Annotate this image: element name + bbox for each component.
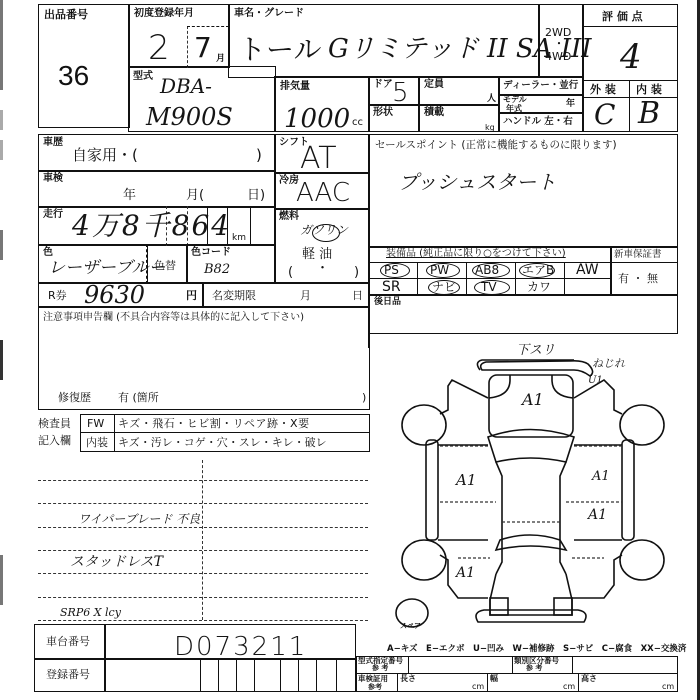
car-name: トール [238,36,321,64]
recycle-unit: 円 [186,290,197,301]
inspector-note: ワイパーブレード 不良 [78,513,200,525]
month-divider [187,26,188,68]
color-code-value: B82 [204,263,230,276]
lot-number-label: 出品番号 [44,9,88,20]
inspector-note: SRP6 X lcy [60,607,121,618]
registration-cell-divider [280,658,281,692]
height-label: 高さ [581,675,597,683]
equipment-ab8-circle [472,263,510,278]
mileage-label: 走行 [43,210,63,220]
history-close: ) [256,148,262,163]
later-items-label: 後日品 [374,298,401,307]
notes-line [38,620,368,621]
bottom-table-col [408,656,409,673]
bottom-table-col [397,673,398,692]
scan-edge-mark [0,555,3,605]
notes-line [38,480,368,481]
length-unit: cm [472,683,484,691]
registration-value-box [104,658,356,692]
vehicle-cert-label-1: 車検証用 [358,675,388,683]
bottom-table-col [578,673,579,692]
displacement-value: 1000 [284,106,350,132]
diagram-mark-left-side: A1 [456,473,476,488]
capacity-label: 定員 [424,80,444,90]
equipment-navi-circle [428,280,460,295]
inspector-label-1: 検査員 [38,418,71,429]
mileage-value: 4万8千864 [72,212,231,240]
first-registration-label: 初度登録年月 [134,9,194,19]
damage-legend: A−キズ E−エクボ U−凹み W−補修跡 S−サビ C−腐食 XX−交換済 [387,645,686,654]
name-change-month: 月 [300,290,311,301]
registration-cell-divider [336,658,337,692]
body-shape-label: 形状 [373,108,393,118]
fw-items: キズ・飛石・ヒビ割・リペア跡・X要 [118,418,310,429]
spare-label: スペア [400,623,421,630]
sales-point-value: プッシュスタート [398,172,556,192]
repair-history-value: 有 (箇所 [118,392,159,403]
first-registration-year: 2 [148,31,170,65]
capacity-unit: 人 [487,95,496,104]
car-name-grade-label: 車名・グレード [234,9,304,19]
interior-grade: B [638,99,660,129]
exterior-grade: C [594,101,615,129]
registration-cell-divider [218,658,219,692]
diagram-note-top-2: ねじれ [592,358,625,369]
first-registration-month: 7 [194,34,212,62]
equipment-col-divider [466,262,467,296]
warranty-divider [610,262,678,263]
load-unit: kg [485,124,495,132]
fuel-label: 燃料 [279,212,299,222]
score-header-divider [582,26,678,27]
fuel-diesel: 軽 油 [302,248,332,261]
chassis-number-label: 車台番号 [46,636,90,647]
equipment-col-divider [515,262,516,296]
inspector-col-divider [114,414,115,452]
repair-history-label: 修復歴 [58,392,91,403]
model-year-label-1: モデル [503,96,527,104]
fuel-other-open: ( [288,266,293,279]
month-divider-top [187,26,229,27]
doors-value: 5 [392,80,409,106]
diagram-note-top-1: 下スリ [516,344,555,357]
overall-score: 4 [620,40,642,74]
score-subheader-divider-top [582,80,678,81]
recycle-label: R券 [48,290,67,301]
equipment-aw: AW [576,263,599,277]
inspection-box [38,170,276,208]
scan-edge-mark [0,230,3,260]
model-year-unit: 年 [566,100,575,109]
score-split [629,80,630,132]
sales-point-label: セールスポイント (正常に機能するものに限ります) [375,140,617,151]
registration-cell-divider [254,658,255,692]
registration-cell-divider [200,658,201,692]
bottom-table-col [512,656,513,673]
history-label: 車歴 [43,138,63,148]
scan-edge-mark [0,0,3,90]
width-unit: cm [563,683,575,691]
equipment-label: 装備品 (純正品に限り○をつけて下さい) [386,249,566,259]
drive-dot: ・ [554,40,564,50]
color-change-label: 色替 [154,260,176,271]
inspector-row-divider [80,432,370,433]
handle-label: ハンドル 左・右 [503,117,573,127]
inspection-label: 車検 [43,174,63,184]
model-prefix: DBA- [160,76,212,96]
notes-line [38,550,368,551]
history-value: 自家用・( [72,148,138,163]
equipment-ps-circle [380,263,410,278]
drive-4wd-label: 4WD [545,51,571,62]
width-label: 幅 [490,675,498,683]
notes-label: 注意事項申告欄 (不具合内容等は具体的に記入して下さい) [43,313,304,323]
diagram-mark-right-front-door: A1 [592,470,610,483]
displacement-unit: cc [352,118,363,128]
inspection-month: 月( [186,189,204,202]
warranty-value: 有 ・ 無 [618,273,658,284]
drive-2wd-label: 2WD [545,27,571,38]
interior-items: キズ・汚レ・コゲ・穴・スレ・キレ・破レ [118,437,327,448]
bottom-table-col [487,673,488,692]
lot-number: 36 [58,62,89,90]
name-change-label: 名変期限 [212,290,256,301]
model-code: M900S [146,105,233,129]
equipment-col-divider [417,262,418,296]
mileage-unit: km [232,234,246,243]
recycle-amount: 9630 [84,283,145,307]
fw-label: FW [87,418,104,429]
registration-number-label: 登録番号 [46,669,90,680]
height-unit: cm [662,683,674,691]
notes-center-divider [202,460,203,620]
type-designation-label-2: 参 考 [372,665,388,672]
load-label: 積載 [424,108,444,118]
registration-cell-divider [236,658,237,692]
bottom-table-col [572,656,573,673]
interior-label: 内 装 [636,84,662,95]
notes-line [38,527,368,528]
notes-line [38,597,368,598]
color-label: 色 [43,248,53,258]
fuel-gasoline-circle [312,224,340,242]
equipment-tv-circle [474,280,510,295]
length-label: 長さ [400,675,416,683]
dealer-label: ディーラー・並行 [503,81,578,91]
exterior-label: 外 装 [590,84,616,95]
name-change-day: 日 [352,290,363,301]
equipment-pw-circle [426,263,460,278]
diagram-mark-right-rear-door: A1 [588,508,607,522]
month-unit: 月 [216,55,225,64]
diagram-mark-hood: A1 [522,392,544,408]
equipment-col-divider [564,262,565,296]
notes-line [38,503,368,504]
registration-cell-divider [316,658,317,692]
equipment-sr: SR [382,280,401,294]
equipment-leather: カワ [527,281,551,293]
chassis-number: D073211 [174,634,307,660]
fuel-other-close: ) [354,266,359,279]
equipment-row-divider [368,278,612,279]
scan-edge-mark [0,140,3,160]
warranty-label: 新車保証書 [614,250,662,260]
shift-value: AT [300,144,337,174]
scan-edge-mark [0,110,3,130]
class-number-label-2: 参 考 [526,665,542,672]
inspector-label-2: 記入欄 [38,435,71,446]
inspector-note: スタッドレスT [70,555,163,569]
diagram-mark-left-rear: A1 [456,566,475,580]
interior-row-label: 内装 [86,437,108,448]
equipment-airb-circle [519,263,555,278]
inspection-year: 年 [123,189,136,202]
ac-value: AAC [296,180,350,206]
car-outline-icon [360,330,700,630]
later-items-box [368,294,678,334]
score-label: 評 価 点 [602,11,643,22]
car-diagram: 下スリ ねじれ U1 A1 A1 A1 A1 A1 スペア [360,330,700,630]
model-label: 型式 [133,72,153,82]
doors-label: ドア [373,80,393,90]
vehicle-cert-label-2: 参考 [368,684,382,691]
color-code-label: 色コード [191,248,231,258]
diagram-note-top-3: U1 [588,376,603,386]
inspection-day: 日) [247,189,265,202]
fuel-other-dot: ・ [316,262,329,275]
displacement-label: 排気量 [280,82,310,92]
mileage-digit-divider [250,206,251,246]
notes-line [38,573,368,574]
scan-edge-mark [0,340,3,380]
registration-cell-divider [298,658,299,692]
